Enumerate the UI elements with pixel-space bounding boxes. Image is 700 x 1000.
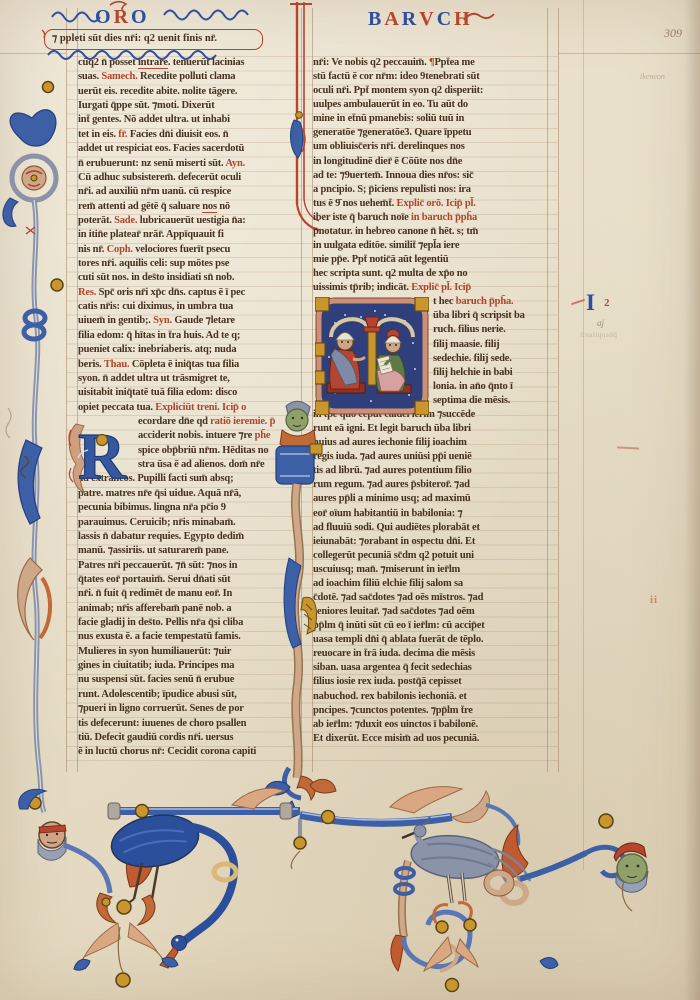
ruling-line [583, 0, 584, 870]
text-column-right: nr̄i: Ve nobis q2 peccauim̄. ¶Ppt̄ea mes… [313, 56, 546, 746]
text-line: int̄ gentes. Nō addet ultra. ut inhabi [78, 113, 302, 127]
text-line: lonia. in an̄o q̄nto ī [313, 380, 546, 394]
running-title-baruch: BARVCH [368, 8, 473, 31]
text-line: aures pp̄li a minimo usq; ad maximū [313, 492, 546, 506]
text-line: addet ut respiciat eos. Facies sacerdotū [78, 142, 302, 156]
text-line: beris. Thau. Cōpleta ē iniq̄tas tua fili… [78, 358, 302, 372]
bottom-left-scroll [19, 789, 236, 987]
running-title-letter: O [131, 6, 150, 29]
text-line: cuti sūt nos. in des̄to insidiati sn̄ no… [78, 271, 302, 285]
text-line: siban. uasa argentea q̄ fecit sedechias [313, 661, 546, 675]
text-line: manū. ⁊assiriis. ut saturarem̄ pane. [78, 544, 302, 558]
text-line: poterāt. Sade. lubricauerūt uestigia n̄a… [78, 214, 302, 228]
text-line: nu suspensi sūt. facies senū n̄ erubue [78, 673, 302, 687]
text-line: seniores leuitar̄. ⁊ad sac̄dotes ⁊ad oēm [313, 605, 546, 619]
text-line: ad ioachim filiū elchie filij salom sa [313, 577, 546, 591]
text-line: filij helchie in babi [313, 366, 546, 380]
text-line: p̄notatur. in hebreo canone n̄ hēt. s; t… [313, 225, 546, 239]
quire-mark: I [586, 290, 595, 316]
running-title-letter: O [95, 6, 114, 29]
bottom-border-ornament [0, 775, 700, 1000]
text-line: nis nr̄. Coph. velociores fuerīt psecu [78, 243, 302, 257]
text-line: Res. Spc̄ oris nr̄i xp̄c dn̄s. captus ē … [78, 286, 302, 300]
faint-margin-note: ikeneon [640, 72, 665, 81]
text-line: Cū adhuc subsisterem̄. defecerūt oculi [78, 171, 302, 185]
text-line: mine in et̄nū pmanebis: soliū tuū in [313, 112, 546, 126]
text-line: spice obp̄briū nr̄m. Hēditas no [78, 444, 302, 458]
red-margin-mark: ii [650, 594, 658, 606]
green-face-icon [614, 843, 648, 892]
text-line: nr̄i: Ve nobis q2 peccauim̄. ¶Ppt̄ea me [313, 56, 546, 70]
text-line: in itin̄e platear̄ nrār̄. Appīquauit fi [78, 228, 302, 242]
text-line: acciderit nobis. intuere ⁊re ph̄e [78, 429, 302, 443]
text-line: ad fluuiū sodi. Qui audiētes plorabāt et [313, 521, 546, 535]
text-line: generatōe ⁊generatōe3. Quare īppetu [313, 126, 546, 140]
running-title-letter: A [384, 8, 401, 31]
text-line: ad te: ⁊9uertem̄. Innoua dies nr̄os: sic… [313, 169, 546, 183]
text-line: oculi nr̄i. Ppt̄ montem syon q2 disperii… [313, 84, 546, 98]
text-line: filius iosie rex iuda. postq̄ā cepisset [313, 675, 546, 689]
text-line: nr̄i. ad auxiliū nr̄m uanū. cū respice [78, 185, 302, 199]
text-line: hec scripta sunt. q2 multa de xp̄o no [313, 267, 546, 281]
text-line: cūq2 n̄ posset intrare. tenuerūt lacinia… [78, 56, 302, 70]
ruling-line [558, 53, 700, 54]
text-line: uasa templi dn̄i q̄ ablata fuerāt de tēp… [313, 633, 546, 647]
text-line: n̄ erubuerunt: nz senū miserti sūt. Ayn. [78, 157, 302, 171]
ruling-line [66, 8, 67, 772]
text-line: ieiunabāt: ⁊orabant in ospectu dn̄i. Et [313, 535, 546, 549]
text-column-left: cūq2 n̄ posset intrare. tenuerūt lacinia… [78, 56, 302, 760]
running-title-letter: V [419, 8, 436, 31]
text-line: runt eā igni. Et legit baruch ūba libri [313, 422, 546, 436]
running-title-letter: H [454, 8, 473, 31]
ruling-line [0, 53, 66, 54]
text-line: pncipes. ⁊cunctos potentes. ⁊pp̄lm t̄re [313, 704, 546, 718]
text-line: tet in eis. fr̄. Facies dn̄i diuisit eos… [78, 128, 302, 142]
text-line: sedechie. filij sede. [313, 352, 546, 366]
text-line: iber iste q̄ baruch noīe in baruch p̄ph̄… [313, 211, 546, 225]
text-line: gines in ciuitatib; iuda. Principes ma [78, 659, 302, 673]
text-line: tores nr̄i. aquilis celi: sup mōtes pse [78, 257, 302, 271]
running-title-letter: R [402, 8, 419, 31]
ruling-line [558, 8, 559, 772]
page-edge-shadow [684, 0, 700, 1000]
text-line: Patres nr̄i peccauerūt. ⁊n̄ sūt: ⁊nos in [78, 559, 302, 573]
manuscript-page: ORO ⁊ ppleti sūt dies nr̄i: q2 uenit fin… [0, 0, 700, 1000]
text-line: collegerūt pecuniā sc̄dm q2 potuit uni [313, 549, 546, 563]
text-line: nabuchod. rex babilonis iechoniā. et [313, 690, 546, 704]
text-line: stū factū ē cor nr̄m: ideo 9tenebrati sū… [313, 70, 546, 84]
text-line: uissimis tp̄rib; indicāt. Explic̄ pl̄. I… [313, 281, 546, 295]
text-line: facie gladij in des̄to. Pellis nr̄a q̄si… [78, 616, 302, 630]
text-line: tus ē 9̄ nos uehem̄t̄. Explic̄ orō. Icip… [313, 197, 546, 211]
text-line: nus exusta ē. a facie tempestatū famis. [78, 630, 302, 644]
text-line: Mulieres in syon humiliauerūt: ⁊uir [78, 645, 302, 659]
text-line: rum regum. ⁊ad aures p̄sbiteror̄. ⁊ad [313, 478, 546, 492]
text-line: lassis n̄ dabatur requies. Egypto dedim̄ [78, 530, 302, 544]
text-line: eor̄ oīum habitantiū in babilonia: ⁊ [313, 507, 546, 521]
folio-number: 309 [664, 26, 682, 41]
text-line: reuocare in t̄rā iuda. decima die mēsis [313, 647, 546, 661]
text-line: rem̄ attenti ad gētē q̄ saluare nos nō [78, 200, 302, 214]
lemma-box: ⁊ ppleti sūt dies nr̄i: q2 uenit finis n… [44, 29, 263, 50]
text-line: septima die mēsis. [313, 394, 546, 408]
running-title-oro: ORO [95, 6, 150, 29]
text-line: uisitabit iniq̄tatē tuā filia edom: disc… [78, 386, 302, 400]
ruling-line [547, 8, 548, 772]
margin-note-aj: aj [597, 318, 604, 328]
text-line: uiuem̄ in gentib;. Syn. Gaude ⁊letare [78, 314, 302, 328]
text-line: uulpes ambulauerūt in eo. Tu aūt do [313, 98, 546, 112]
text-line: ab ier̄lm: ⁊duxit eos uinctos ī babilonē… [313, 718, 546, 732]
plummet-note: finaliqnadq̄ [580, 331, 617, 339]
text-line: um obliuisc̄eris nr̄i. derelinques nos [313, 140, 546, 154]
text-line: filij maasie. filij [313, 338, 546, 352]
text-line: animab; nr̄is afferebam̄ panē nob. a [78, 602, 302, 616]
text-line: stra ūsa ē ad alienos. dom̄ nr̄e [78, 458, 302, 472]
gray-heron-icon [402, 817, 530, 903]
text-line: ⁊pueri in ligno corruerūt. Senes de por [78, 702, 302, 716]
text-line: tis ad librū. ⁊ad aures potentium filio [313, 464, 546, 478]
text-line: huius ad aures iechonie filij ioachim [313, 436, 546, 450]
text-line: parauimus. Ceruicib; nr̄is minabam̄. [78, 516, 302, 530]
left-border-ornament [0, 78, 72, 840]
text-line: pueniet calix: inebriaberis. atq; nuda [78, 343, 302, 357]
quire-mark-number: 2 [604, 297, 610, 309]
center-foliate-pendant [108, 779, 518, 869]
text-line: ē in luctū chorus nr̄: Cecidit corona ca… [78, 745, 302, 759]
text-line: pecunia bibimus. lingna nr̄a pc̄io 9 [78, 501, 302, 515]
text-line: pp̄lm q̄ inūti sūt cū eo ī ier̄lm: cū ac… [313, 619, 546, 633]
text-line: tis defecerunt: iuuenes de choro psallen [78, 717, 302, 731]
text-line: c̄dotē. ⁊ad sac̄dotes ⁊ad oēs mīstros. ⁊… [313, 591, 546, 605]
text-line: runt. Adolescentib; īpudice abusi sūt, [78, 688, 302, 702]
blue-crane-icon [107, 809, 236, 968]
text-line: patre. matres nr̄e q̄si uidue. Aquā nr̄ā… [78, 487, 302, 501]
text-line: ad extraneos. Pupilli facti sum̄ absq; [78, 472, 302, 486]
text-line: catis nr̄is: cui diximus, in umbra tua [78, 300, 302, 314]
text-line: Et dixerūt. Ecce misim̄ ad uos pecuniā. [313, 732, 546, 746]
human-head-icon [38, 822, 66, 860]
running-title-letter: C [437, 8, 454, 31]
text-line: ecordare dn̄e qd ratiō ieremie. p̄ [78, 415, 302, 429]
text-line: uscuiusq; man̄. ⁊miserunt in ier̄lm [313, 563, 546, 577]
text-line: opiet peccata tua. Expliciūt treni. Icip… [78, 401, 302, 415]
text-line: a pncipio. S; p̄iciens repulisti nos: ir… [313, 183, 546, 197]
text-line: in longitudinē dier̄ ē Cōūte nos dn̄e [313, 155, 546, 169]
text-line: q̄tates eor̄ portauim̄. Serui dn̄ati sūt [78, 573, 302, 587]
text-line: ūba libri q̄ scripsit ba [313, 309, 546, 323]
text-line: filia edom: q̄ hītas in t̄ra huis. Ad te… [78, 329, 302, 343]
running-title-letter: R [114, 6, 131, 29]
running-title-letter: B [368, 8, 384, 31]
text-line: ruch. filius nerie. [313, 323, 546, 337]
bottom-right-scroll [391, 814, 648, 992]
text-line: uerūt eis. recedite abite. nolite tāgere… [78, 85, 302, 99]
text-line: in tp̄e quo cep̄ūt caldei ier̄lm ⁊succēd… [313, 408, 546, 422]
red-streak-mark [617, 446, 639, 449]
text-line: nr̄i. n̄ fuit q̄ redimēt de manu eor̄. I… [78, 587, 302, 601]
text-line: t hec baruch p̄ph̄a. [313, 295, 546, 309]
text-line: suas. Samech. Recedite polluti clama [78, 70, 302, 84]
text-line: Iurgati q̄ppe sūt. ⁊moti. Dixerūt [78, 99, 302, 113]
text-line: tiū. Defecit gaudiū cordis nr̄i. uersus [78, 731, 302, 745]
text-line: regis iuda. ⁊ad aures uniūsi pp̄i ueniē [313, 450, 546, 464]
text-line: mie pp̄e. Ppt̄ notic̄ā aūt legentiū [313, 253, 546, 267]
text-line: in uulgata editōe. similit̄ ⁊epl̄a iere [313, 239, 546, 253]
text-line: syon. n̄ addet ultra ut trāsmigret te, [78, 372, 302, 386]
